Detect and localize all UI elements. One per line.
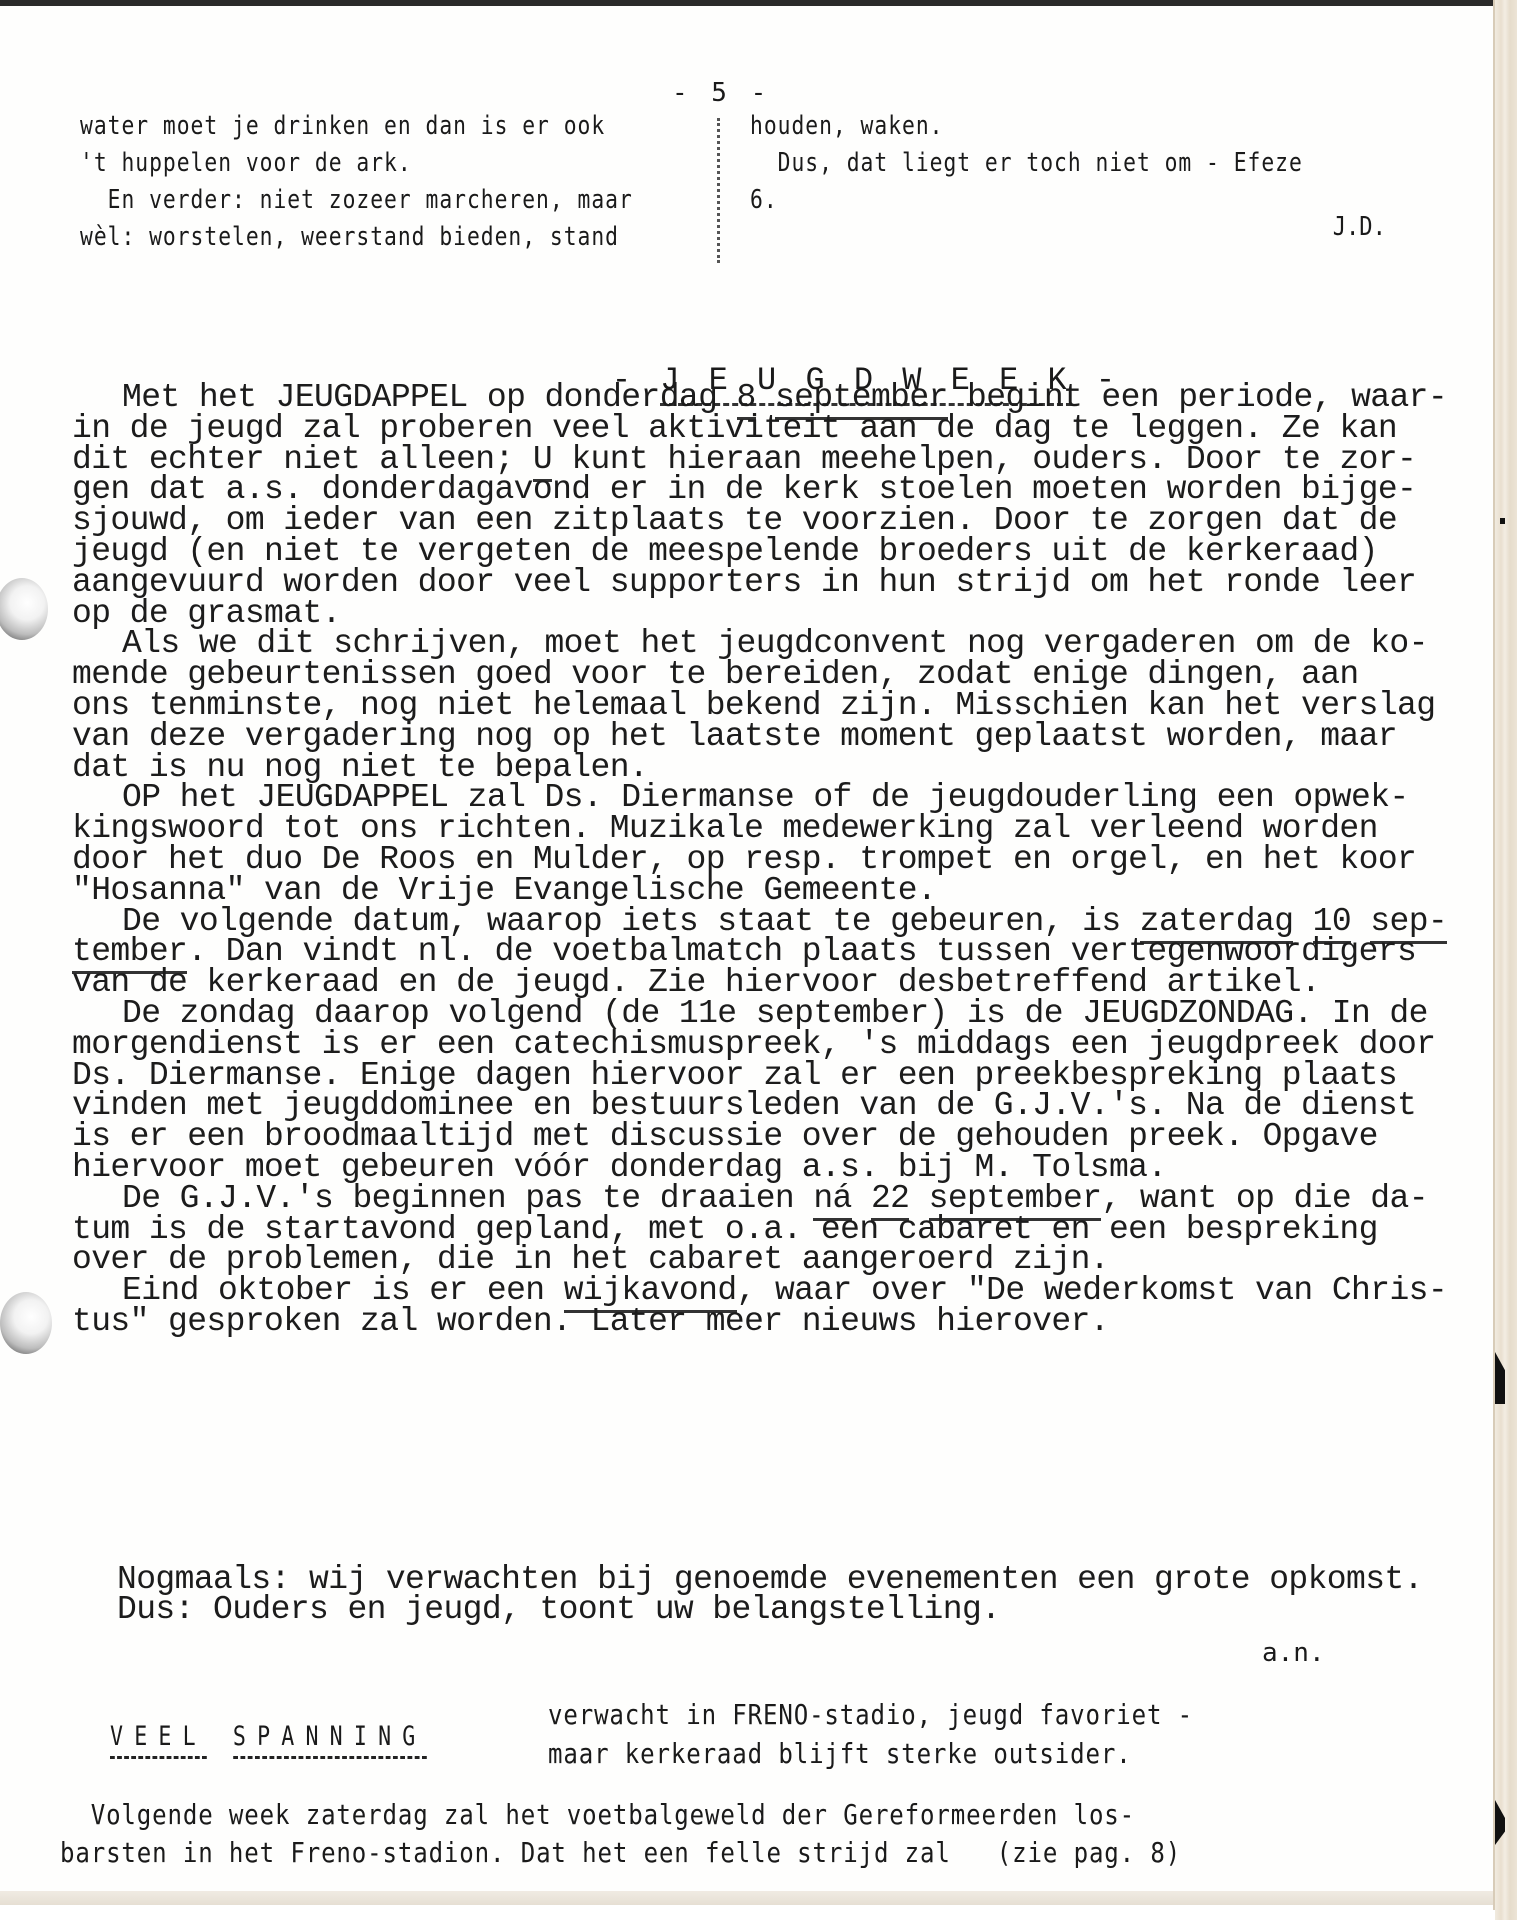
punch-hole-icon — [0, 578, 48, 640]
jeugdweek-closing: Nogmaals: wij verwachten bij genoemde ev… — [72, 1565, 1472, 1625]
text-line: 't huppelen voor de ark. — [80, 145, 588, 182]
veel-spanning-body-line: barsten in het Freno-stadion. Dat het ee… — [60, 1836, 1181, 1869]
text-line: tus" gesproken zal worden. Later meer ni… — [72, 1307, 1472, 1338]
text-line: wèl: worstelen, weerstand bieden, stand — [80, 219, 588, 256]
veel-spanning-subtitle-line: verwacht in FRENO-stadio, jeugd favoriet… — [548, 1698, 1193, 1731]
closing-line: Dus: Ouders en jeugd, toont uw belangste… — [72, 1595, 1472, 1625]
page-bottom-edge — [0, 1891, 1496, 1905]
heading-word: SPANNING — [233, 1721, 427, 1759]
document-page: - 5 - water moet je drinken en dan is er… — [0, 0, 1496, 1905]
page-tab-mark — [1500, 518, 1505, 524]
signature-an: a.n. — [1262, 1638, 1325, 1668]
signature-jd: J.D. — [1333, 212, 1386, 242]
text-line: 6. — [750, 182, 1275, 219]
veel-spanning-heading: VEEL SPANNING — [58, 1690, 427, 1783]
scan-top-edge — [0, 0, 1517, 6]
veel-spanning-body-line: Volgende week zaterdag zal het voetbalge… — [60, 1798, 1135, 1831]
heading-word: VEEL — [110, 1721, 207, 1759]
text-line: houden, waken. — [750, 108, 1275, 145]
previous-article-right-column: houden, waken. Dus, dat liegt er toch ni… — [750, 108, 1390, 219]
jeugdweek-body: Met het JEUGDAPPEL op donderdag 8 septem… — [72, 383, 1472, 1338]
text-line: En verder: niet zozeer marcheren, maar — [80, 182, 588, 219]
previous-article-left-column: water moet je drinken en dan is er ook't… — [80, 108, 700, 256]
veel-spanning-subtitle-line: maar kerkeraad blijft sterke outsider. — [548, 1737, 1132, 1770]
punch-hole-icon — [0, 1292, 52, 1354]
text-line: water moet je drinken en dan is er ook — [80, 108, 588, 145]
text-line: Dus, dat liegt er toch niet om - Efeze — [750, 145, 1275, 182]
text-run: tus" gesproken zal worden. Later meer ni… — [72, 1303, 1109, 1340]
stacked-pages-edge — [1495, 0, 1517, 1920]
page-number: - 5 - — [672, 78, 770, 108]
column-divider — [717, 118, 720, 263]
